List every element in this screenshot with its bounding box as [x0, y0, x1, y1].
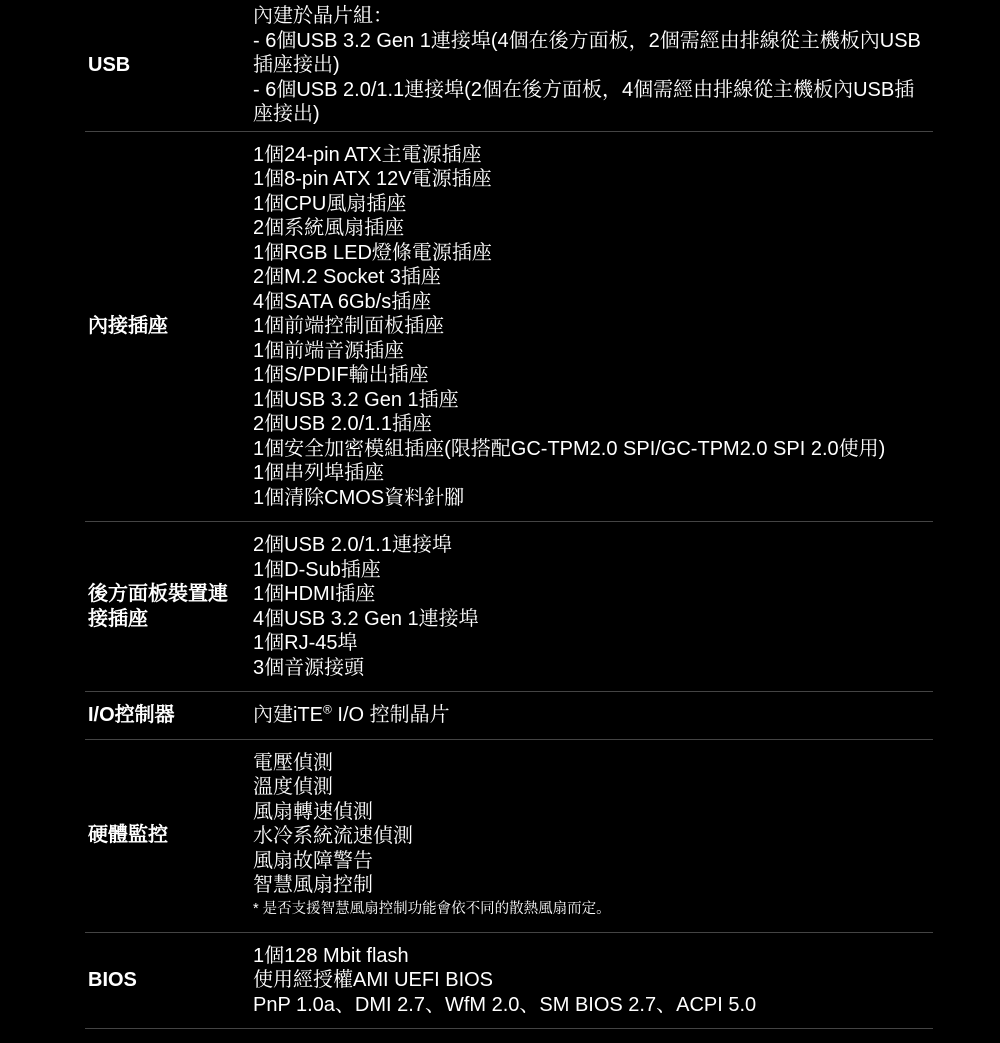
spec-item: 1個D-Sub插座	[253, 558, 929, 583]
io-chip-pre: 內建iTE	[253, 704, 323, 726]
spec-item: 電壓偵測	[253, 751, 929, 776]
spec-item: 智慧風扇控制	[253, 873, 929, 898]
spec-item: 1個CPU風扇插座	[253, 192, 929, 217]
spec-row-internal-connectors: 內接插座 1個24-pin ATX主電源插座 1個8-pin ATX 12V電源…	[85, 132, 933, 523]
spec-item: 1個8-pin ATX 12V電源插座	[253, 167, 929, 192]
spec-item: PnP 1.0a、DMI 2.7、WfM 2.0、SM BIOS 2.7、ACP…	[253, 993, 929, 1018]
spec-row-bios: BIOS 1個128 Mbit flash 使用經授權AMI UEFI BIOS…	[85, 933, 933, 1030]
spec-row-label-cell: I/O控制器	[85, 703, 253, 728]
spec-item: 2個M.2 Socket 3插座	[253, 265, 929, 290]
spec-item: 使用經授權AMI UEFI BIOS	[253, 968, 929, 993]
spec-row-label-cell: 後方面板裝置連接插座	[85, 533, 253, 680]
hardware-monitor-note: * 是否支援智慧風扇控制功能會依不同的散熱風扇而定。	[253, 898, 929, 921]
spec-row-content: 內建iTE® I/O 控制晶片	[253, 703, 929, 728]
spec-row-content: 2個USB 2.0/1.1連接埠 1個D-Sub插座 1個HDMI插座 4個US…	[253, 533, 929, 680]
io-chip-post: I/O 控制晶片	[332, 704, 450, 726]
spec-item: 4個USB 3.2 Gen 1連接埠	[253, 607, 929, 632]
spec-row-content: 電壓偵測 溫度偵測 風扇轉速偵測 水冷系統流速偵測 風扇故障警告 智慧風扇控制 …	[253, 751, 929, 921]
spec-item: 1個清除CMOS資料針腳	[253, 486, 929, 511]
io-chip-text: 內建iTE® I/O 控制晶片	[253, 703, 929, 728]
spec-row-usb: USB 內建於晶片組： - 6個USB 3.2 Gen 1連接埠(4個在後方面板…	[85, 0, 933, 132]
spec-item: 1個HDMI插座	[253, 582, 929, 607]
spec-row-label: 後方面板裝置連接插座	[85, 582, 233, 631]
spec-item: 風扇轉速偵測	[253, 800, 929, 825]
spec-row-label: BIOS	[85, 968, 233, 993]
spec-item: 1個前端音源插座	[253, 339, 929, 364]
spec-row-content: 1個128 Mbit flash 使用經授權AMI UEFI BIOS PnP …	[253, 944, 929, 1018]
spec-item: 1個前端控制面板插座	[253, 314, 929, 339]
spec-item: 1個串列埠插座	[253, 461, 929, 486]
spec-row-label-cell: USB	[85, 4, 253, 127]
spec-item: 1個RJ-45埠	[253, 631, 929, 656]
spec-item: 溫度偵測	[253, 775, 929, 800]
spec-item: 內建於晶片組：	[253, 4, 929, 29]
spec-item: 4個SATA 6Gb/s插座	[253, 290, 929, 315]
spec-item: 2個USB 2.0/1.1連接埠	[253, 533, 929, 558]
spec-item: 水冷系統流速偵測	[253, 824, 929, 849]
spec-item: 1個24-pin ATX主電源插座	[253, 143, 929, 168]
spec-item: 風扇故障警告	[253, 849, 929, 874]
registered-trademark-mark: ®	[323, 702, 332, 716]
spec-item: 3個音源接頭	[253, 656, 929, 681]
spec-row-label: I/O控制器	[85, 703, 233, 728]
spec-item: - 6個USB 2.0/1.1連接埠(2個在後方面板，4個需經由排線從主機板內U…	[253, 78, 929, 127]
spec-row-hardware-monitor: 硬體監控 電壓偵測 溫度偵測 風扇轉速偵測 水冷系統流速偵測 風扇故障警告 智慧…	[85, 740, 933, 933]
spec-item: 1個USB 3.2 Gen 1插座	[253, 388, 929, 413]
spec-row-label: 內接插座	[85, 314, 233, 339]
spec-item: 1個S/PDIF輸出插座	[253, 363, 929, 388]
spec-table: USB 內建於晶片組： - 6個USB 3.2 Gen 1連接埠(4個在後方面板…	[85, 0, 933, 1029]
spec-row-label: 硬體監控	[85, 823, 233, 848]
spec-item: - 6個USB 3.2 Gen 1連接埠(4個在後方面板，2個需經由排線從主機板…	[253, 29, 929, 78]
spec-row-label-cell: 內接插座	[85, 143, 253, 511]
spec-row-back-panel: 後方面板裝置連接插座 2個USB 2.0/1.1連接埠 1個D-Sub插座 1個…	[85, 522, 933, 692]
spec-item: 1個RGB LED燈條電源插座	[253, 241, 929, 266]
spec-item: 1個安全加密模組插座(限搭配GC-TPM2.0 SPI/GC-TPM2.0 SP…	[253, 437, 929, 462]
spec-row-content: 內建於晶片組： - 6個USB 3.2 Gen 1連接埠(4個在後方面板，2個需…	[253, 4, 929, 127]
spec-row-label-cell: BIOS	[85, 944, 253, 1018]
spec-item: 2個系統風扇插座	[253, 216, 929, 241]
spec-row-label-cell: 硬體監控	[85, 751, 253, 921]
spec-row-content: 1個24-pin ATX主電源插座 1個8-pin ATX 12V電源插座 1個…	[253, 143, 929, 511]
spec-item: 2個USB 2.0/1.1插座	[253, 412, 929, 437]
spec-item: 1個128 Mbit flash	[253, 944, 929, 969]
spec-row-io-controller: I/O控制器 內建iTE® I/O 控制晶片	[85, 692, 933, 740]
spec-row-label: USB	[85, 53, 233, 78]
